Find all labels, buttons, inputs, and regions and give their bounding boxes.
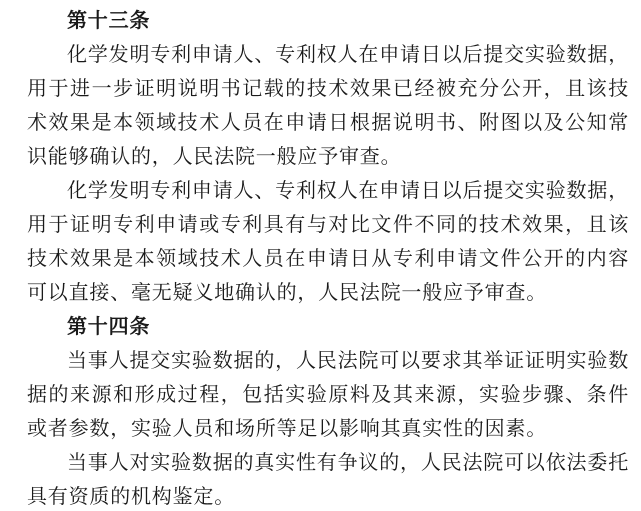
article-13-heading: 第十三条 — [27, 4, 629, 38]
article-14-heading: 第十四条 — [27, 310, 629, 344]
article-14-paragraph-1: 当事人提交实验数据的，人民法院可以要求其举证证明实验数据的来源和形成过程，包括实… — [27, 344, 629, 446]
article-14-paragraph-2: 当事人对实验数据的真实性有争议的，人民法院可以依法委托具有资质的机构鉴定。 — [27, 446, 629, 511]
article-13-paragraph-2: 化学发明专利申请人、专利权人在申请日以后提交实验数据，用于证明专利申请或专利具有… — [27, 174, 629, 310]
article-13-paragraph-1: 化学发明专利申请人、专利权人在申请日以后提交实验数据，用于进一步证明说明书记载的… — [27, 38, 629, 174]
document-page: 第十三条 化学发明专利申请人、专利权人在申请日以后提交实验数据，用于进一步证明说… — [0, 0, 641, 511]
